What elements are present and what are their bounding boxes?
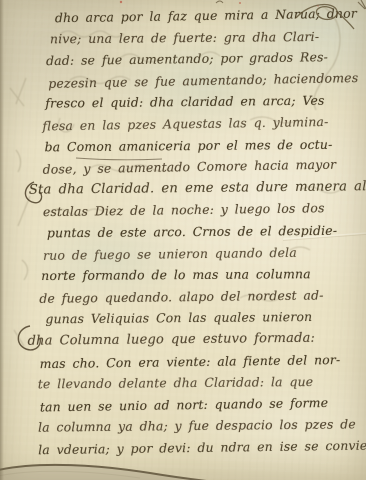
- manuscript-photo: dho arca por la faz que mira a Narua; dn…: [0, 0, 366, 480]
- photo-vignette: [0, 0, 366, 480]
